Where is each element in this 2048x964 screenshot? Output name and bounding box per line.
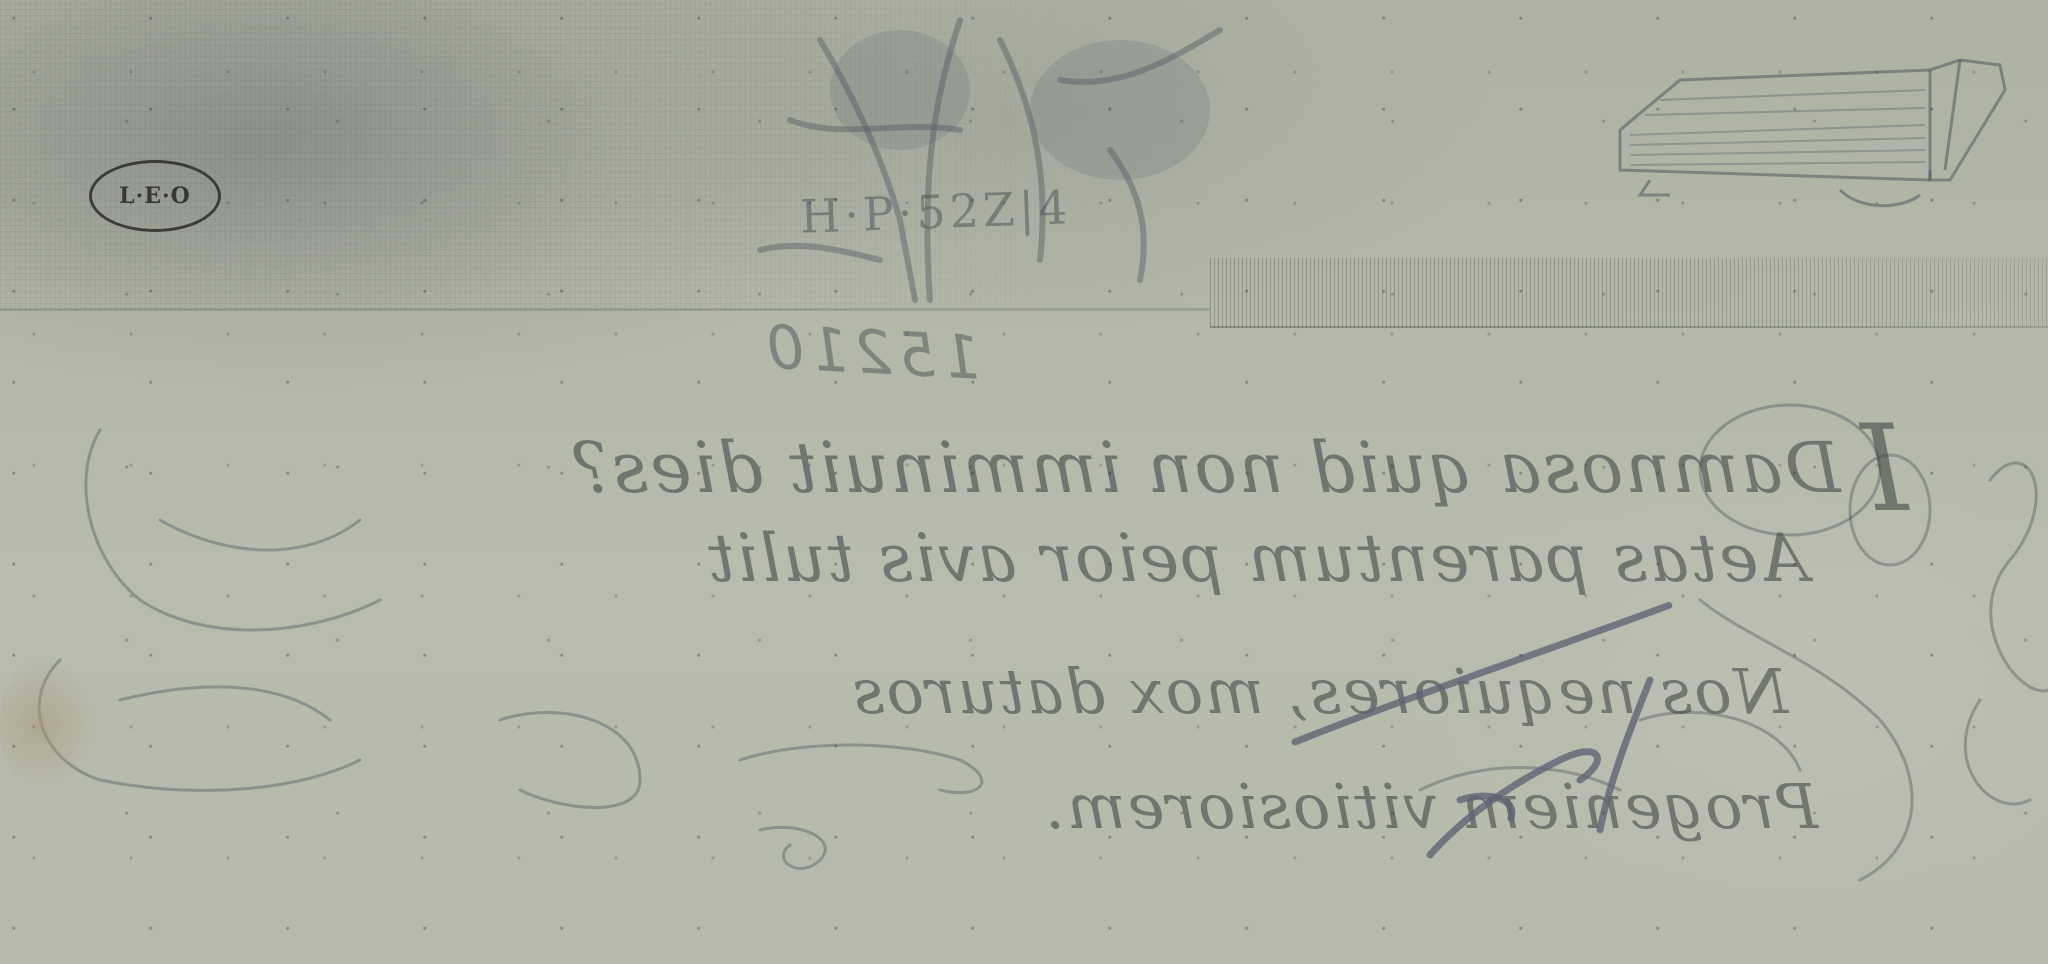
paper-speckle-texture <box>0 0 2048 964</box>
paper-sheet: L·E·O H·P·52Z|4 15210 IDamnosa quid non … <box>0 0 2048 964</box>
